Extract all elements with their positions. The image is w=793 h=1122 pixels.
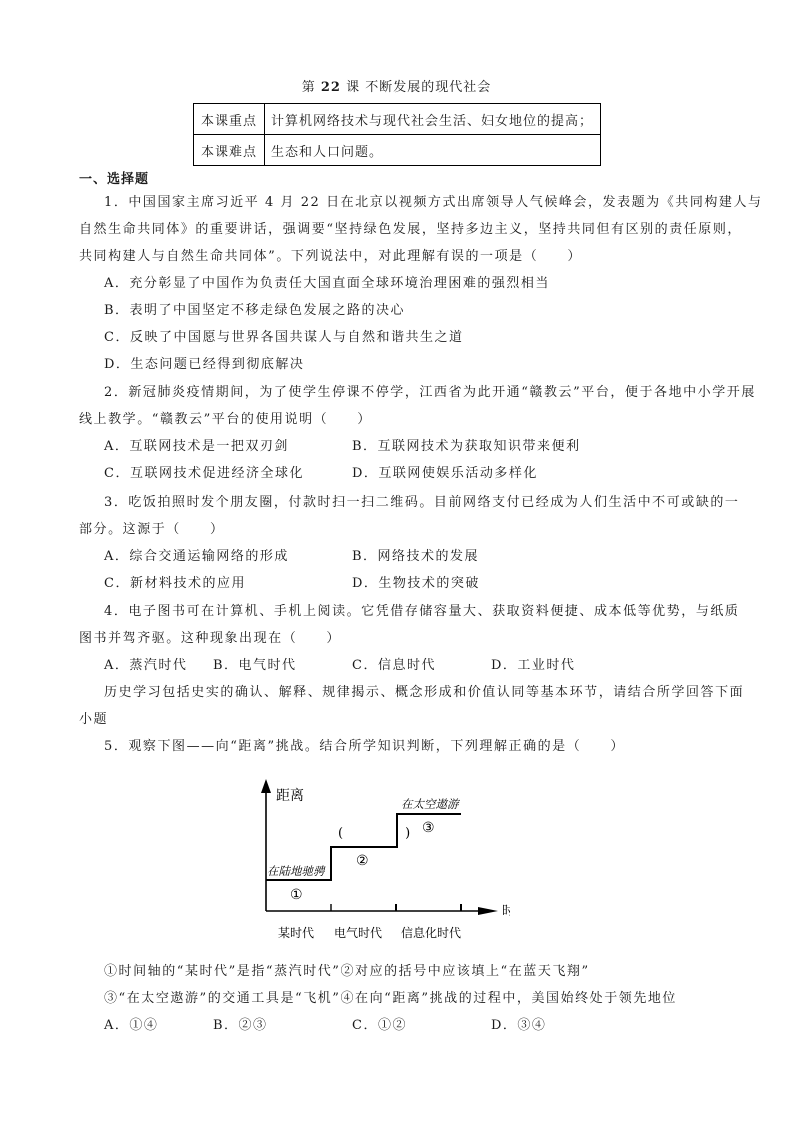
- question-5-stem: 5．观察下图——向“距离”挑战。结合所学知识判断，下列理解正确的是（ ）: [104, 739, 625, 755]
- section-heading: 一、选择题: [79, 168, 149, 187]
- x-axis-label: 时间: [502, 903, 510, 919]
- focus-key: 本课难点: [194, 135, 265, 166]
- question-1-line: 1．中国国家主席习近平 4 月 22 日在北京以视频方式出席领导人气候峰会，发表…: [104, 195, 763, 211]
- question-1-option-c[interactable]: C．反映了中国愿与世界各国共谋人与自然和谐共生之道: [104, 330, 463, 346]
- title-lesson-number: 22: [321, 80, 341, 95]
- question-2-option-d[interactable]: D．互联网使娱乐活动多样化: [352, 466, 538, 482]
- question-3-line: 部分。这源于（ ）: [79, 522, 225, 538]
- question-4-option-c[interactable]: C．信息时代: [352, 658, 436, 674]
- question-5-option-c[interactable]: C．①②: [352, 1018, 407, 1034]
- title-prefix: 第: [302, 80, 316, 95]
- question-3-line: 3．吃饭拍照时发个朋友圈，付款时扫一扫二维码。目前网络支付已经成为人们生活中不可…: [104, 495, 739, 511]
- question-2-line: 2．新冠肺炎疫情期间，为了使学生停课不停学，江西省为此开通“赣教云”平台，便于各…: [104, 385, 756, 401]
- focus-key: 本课重点: [194, 104, 265, 135]
- question-3-option-b[interactable]: B．网络技术的发展: [352, 549, 479, 565]
- step-3-label: 在太空遨游: [401, 797, 461, 811]
- worksheet-page: 第 22 课 不断发展的现代社会 本课重点 计算机网络技术与现代社会生活、妇女地…: [0, 0, 793, 1122]
- question-4-option-b[interactable]: B．电气时代: [213, 658, 297, 674]
- step-1-label: 在陆地驰骋: [267, 864, 326, 878]
- y-axis-label: 距离: [276, 788, 304, 804]
- question-5-statements: ①时间轴的“某时代”是指“蒸汽时代”②对应的括号中应该填上“在蓝天飞翔”: [104, 964, 590, 980]
- era-label: 某时代: [278, 925, 314, 940]
- era-label: 信息化时代: [401, 925, 461, 940]
- question-2-line: 线上教学。“赣教云”平台的使用说明（ ）: [79, 412, 372, 428]
- question-1-option-b[interactable]: B．表明了中国坚定不移走绿色发展之路的决心: [104, 303, 405, 319]
- question-2-option-c[interactable]: C．互联网技术促进经济全球化: [104, 466, 304, 482]
- title-text: 课 不断发展的现代社会: [346, 80, 491, 95]
- y-axis-arrow-icon: [261, 779, 271, 793]
- question-4-line: 图书并驾齐驱。这种现象出现在（ ）: [79, 631, 341, 647]
- focus-value: 生态和人口问题。: [265, 135, 601, 166]
- question-1-option-a[interactable]: A．充分彰显了中国作为负责任大国直面全球环境治理困难的强烈相当: [104, 276, 550, 292]
- question-3-option-c[interactable]: C．新材料技术的应用: [104, 576, 246, 592]
- page-title: 第 22 课 不断发展的现代社会: [0, 76, 793, 95]
- question-5-option-b[interactable]: B．②③: [213, 1018, 268, 1034]
- marker-1: ①: [290, 887, 303, 903]
- question-3-option-a[interactable]: A．综合交通运输网络的形成: [104, 549, 289, 565]
- focus-row-key-points: 本课重点 计算机网络技术与现代社会生活、妇女地位的提高；: [194, 104, 601, 135]
- question-5-option-d[interactable]: D．③④: [491, 1018, 546, 1034]
- question-5-option-a[interactable]: A．①④: [104, 1018, 158, 1034]
- marker-2: ②: [356, 853, 369, 869]
- step-2-blank: ( ): [338, 826, 412, 841]
- era-label: 电气时代: [334, 925, 382, 940]
- question-1-line: 自然生命共同体》的重要讲话，强调要“坚持绿色发展，坚持多边主义，坚持共同但有区别…: [79, 222, 742, 238]
- question-4-option-a[interactable]: A．蒸汽时代: [104, 658, 187, 674]
- focus-row-difficulties: 本课难点 生态和人口问题。: [194, 135, 601, 166]
- question-2-option-b[interactable]: B．互联网技术为获取知识带来便利: [352, 439, 581, 455]
- x-axis-arrow-icon: [478, 907, 498, 915]
- question-1-option-d[interactable]: D．生态问题已经得到彻底解决: [104, 357, 304, 373]
- question-2-option-a[interactable]: A．互联网技术是一把双刃剑: [104, 439, 289, 455]
- question-1-line: 共同构建人与自然生命共同体”。下列说法中，对此理解有误的一项是（ ）: [79, 249, 582, 265]
- question-4-line: 4．电子图书可在计算机、手机上阅读。它凭借存储容量大、获取资料便捷、成本低等优势…: [104, 604, 739, 620]
- question-5-statements: ③“在太空遨游”的交通工具是“飞机”④在向“距离”挑战的过程中，美国始终处于领先…: [104, 991, 677, 1007]
- question-3-option-d[interactable]: D．生物技术的突破: [352, 576, 480, 592]
- distance-time-diagram: 距离 时间 在陆地驰骋 ( ) 在太空遨游 ① ② ③ 某时代 电气时代 信息化…: [250, 775, 510, 950]
- question-4-option-d[interactable]: D．工业时代: [491, 658, 575, 674]
- intro-line: 小题: [79, 712, 108, 728]
- lesson-focus-table: 本课重点 计算机网络技术与现代社会生活、妇女地位的提高； 本课难点 生态和人口问…: [193, 103, 601, 166]
- intro-line: 历史学习包括史实的确认、解释、规律揭示、概念形成和价值认同等基本环节，请结合所学…: [104, 685, 744, 701]
- marker-3: ③: [422, 820, 435, 836]
- focus-value: 计算机网络技术与现代社会生活、妇女地位的提高；: [265, 104, 601, 135]
